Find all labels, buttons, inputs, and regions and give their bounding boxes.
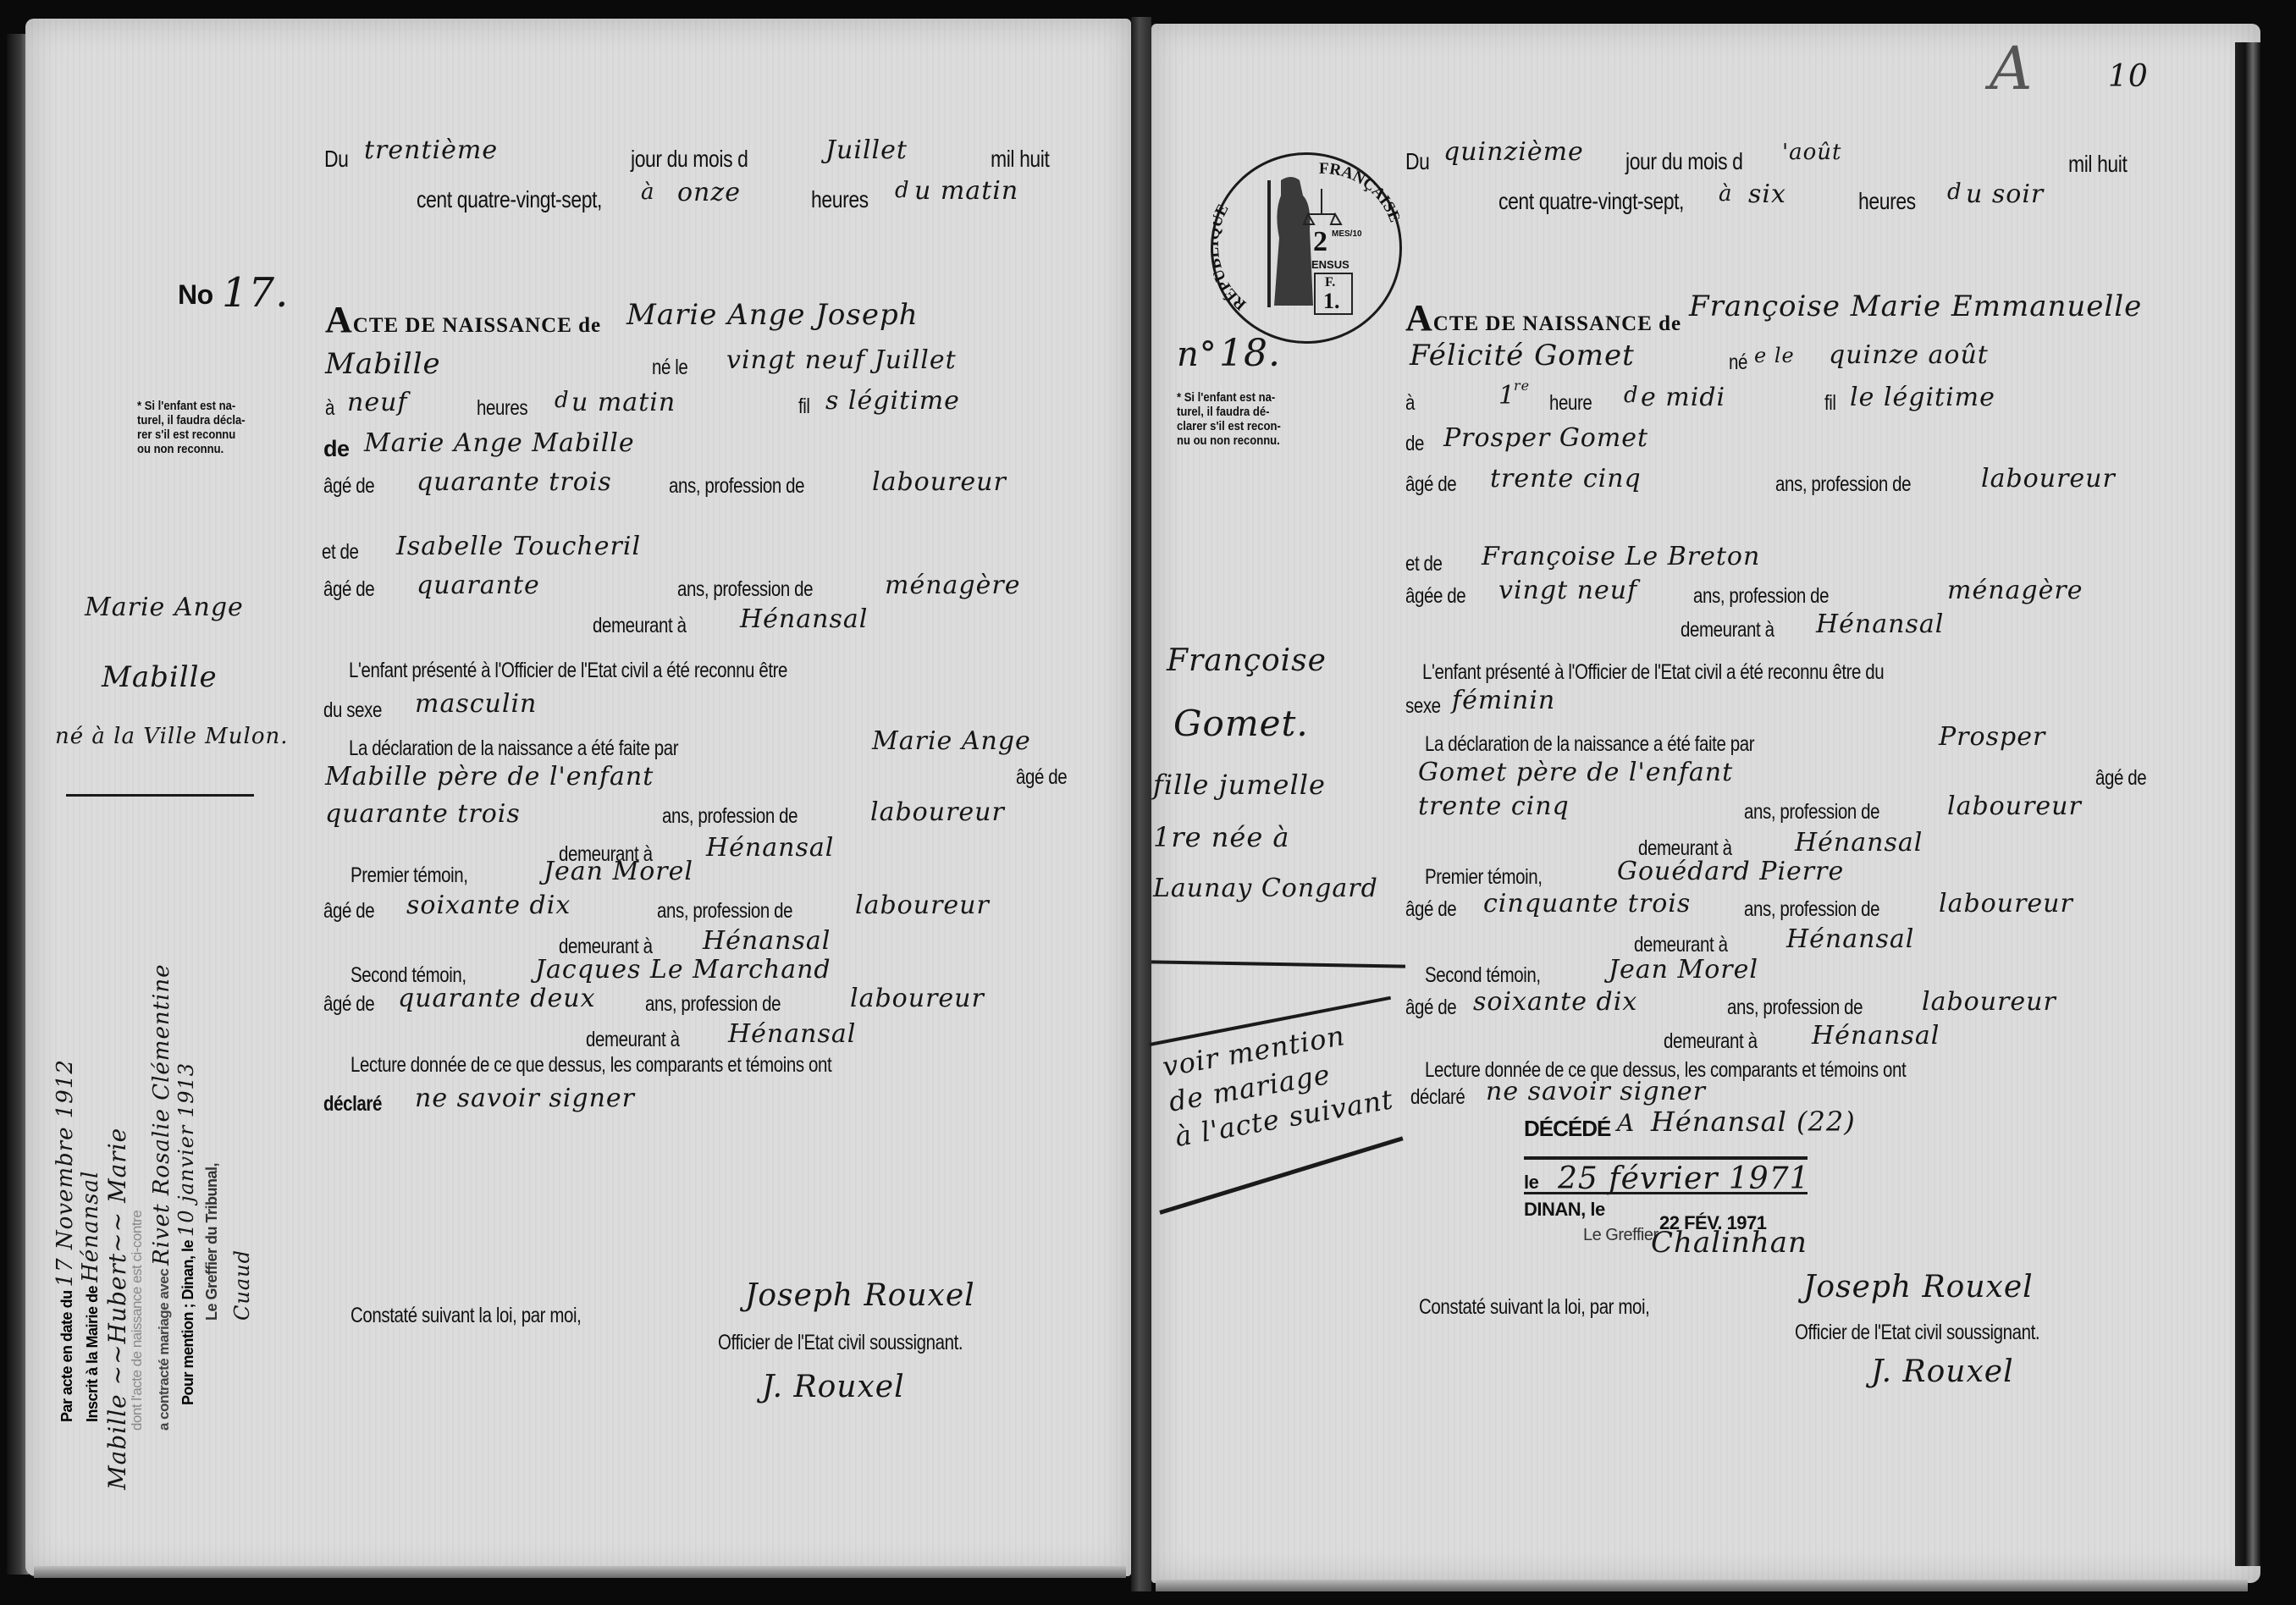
deces-label: DÉCÉDÉ bbox=[1524, 1116, 1610, 1142]
demeurant-label: demeurant à bbox=[1664, 1029, 1758, 1054]
filiation-handwritten: s légitime bbox=[825, 386, 960, 416]
birth-date-handwritten: vingt neuf Juillet bbox=[726, 345, 957, 375]
father-name-handwritten: Marie Ange Mabille bbox=[364, 428, 635, 458]
child-name-line1: Marie Ange Joseph bbox=[626, 298, 919, 332]
acte-title-rest: CTE DE NAISSANCE de bbox=[353, 314, 601, 337]
second-profession-handwritten: laboureur bbox=[1922, 987, 2056, 1017]
ne-le-label: né le bbox=[652, 356, 687, 380]
birth-hour-handwritten: neuf bbox=[347, 388, 408, 417]
book-right-edge bbox=[2235, 42, 2260, 1566]
act-number-handwritten: 17. bbox=[222, 269, 289, 317]
stamp-rule bbox=[1524, 1156, 1808, 1160]
stamp-rule bbox=[1524, 1192, 1808, 1194]
greffier-signature: Cuaud bbox=[230, 1249, 254, 1321]
officier-label: Officier de l'Etat civil soussignant. bbox=[1795, 1321, 2039, 1345]
officer-signature: Joseph Rouxel bbox=[745, 1278, 975, 1313]
premier-residence-handwritten: Hénansal bbox=[703, 926, 831, 956]
premier-residence-handwritten: Hénansal bbox=[1786, 924, 1914, 954]
header-jour-du-mois: jour du mois d bbox=[1625, 148, 1742, 175]
acte-title: ACTE DE NAISSANCE de bbox=[325, 298, 601, 341]
mother-profession-handwritten: ménagère bbox=[885, 571, 1020, 600]
sexe-handwritten: féminin bbox=[1452, 686, 1555, 715]
declarant-residence-handwritten: Hénansal bbox=[1795, 828, 1923, 858]
constate-text: Constaté suivant la loi, par moi, bbox=[1419, 1295, 1649, 1320]
declarant-name-line2: Gomet père de l'enfant bbox=[1418, 758, 1733, 787]
margin-note-line: * Si l'enfant est na- bbox=[1177, 391, 1281, 405]
father-profession-handwritten: laboureur bbox=[872, 467, 1007, 497]
header-d: d bbox=[895, 178, 910, 203]
de-label: de bbox=[323, 436, 350, 462]
initials-signature: J. Rouxel bbox=[1871, 1354, 2014, 1389]
declarant-name-line2: Mabille père de l'enfant bbox=[325, 762, 654, 791]
demeurant-label: demeurant à bbox=[1681, 618, 1774, 643]
premier-temoin-handwritten: Gouédard Pierre bbox=[1617, 857, 1844, 886]
margin-child-surname: Mabille bbox=[102, 660, 218, 694]
margin-child-surname: Gomet. bbox=[1173, 703, 1309, 744]
book-spine bbox=[1131, 17, 1151, 1591]
ans-profession-label: ans, profession de bbox=[1744, 897, 1879, 922]
declare-value-handwritten: ne savoir signer bbox=[1486, 1077, 1706, 1106]
birth-date-handwritten: quinze août bbox=[1829, 340, 1989, 370]
mother-profession-handwritten: ménagère bbox=[1947, 576, 2083, 605]
margin-note-line: turel, il faudra décla- bbox=[137, 414, 246, 428]
greffier-label: Le Greffier bbox=[1583, 1226, 1659, 1245]
ans-profession-label: ans, profession de bbox=[645, 992, 781, 1017]
du-sexe-label: sexe bbox=[1405, 694, 1441, 719]
svg-text:FRANÇAISE: FRANÇAISE bbox=[1319, 160, 1399, 225]
declare-label: déclaré bbox=[1410, 1085, 1465, 1110]
acte-title-initial: A bbox=[325, 299, 353, 340]
du-sexe-label: du sexe bbox=[323, 698, 382, 723]
header-du: Du bbox=[1405, 148, 1430, 175]
mother-age-label: âgé de bbox=[323, 577, 374, 602]
stamp-one: 1. bbox=[1323, 289, 1340, 314]
birth-hour-superscript: re bbox=[1514, 378, 1530, 394]
acte-title-initial: A bbox=[1405, 297, 1433, 339]
margin-note-line: clarer s'il est recon- bbox=[1177, 420, 1281, 434]
marriage-mention-line1: Par acte en date du 17 Novembre 1912 bbox=[52, 1059, 78, 1422]
mention-hand: Hénansal bbox=[78, 1171, 103, 1282]
child-name-line1: Françoise Marie Emmanuelle bbox=[1689, 290, 2142, 323]
premier-temoin-handwritten: Jean Morel bbox=[544, 857, 693, 886]
second-age-label: âgé de bbox=[323, 992, 374, 1017]
age-de-label: âgé de bbox=[1016, 765, 1067, 790]
margin-note-line: * Si l'enfant est na- bbox=[137, 400, 246, 414]
declarant-profession-handwritten: laboureur bbox=[1947, 791, 2082, 821]
corner-pencil-mark: A bbox=[1990, 34, 2034, 103]
d-label: d bbox=[1624, 383, 1639, 408]
header-mil-huit: mil huit bbox=[2068, 151, 2127, 178]
acte-title-rest: CTE DE NAISSANCE de bbox=[1433, 312, 1681, 335]
premier-profession-handwritten: laboureur bbox=[1939, 889, 2073, 918]
ne-suffix: e le bbox=[1754, 344, 1795, 367]
heures-label: heure bbox=[1549, 391, 1592, 416]
premier-age-label: âgé de bbox=[323, 899, 374, 924]
officer-signature: Joseph Rouxel bbox=[1803, 1270, 2034, 1304]
dinan-label: DINAN, le bbox=[1524, 1199, 1605, 1221]
second-temoin-handwritten: Jean Morel bbox=[1609, 955, 1758, 985]
declarant-age-handwritten: trente cinq bbox=[1418, 791, 1570, 821]
heures-label: heures bbox=[477, 396, 527, 421]
declarant-name-line1: Prosper bbox=[1939, 722, 2045, 752]
margin-birthplace: né à la Ville Mulon. bbox=[55, 724, 289, 749]
birth-period-handwritten: u matin bbox=[571, 388, 676, 417]
second-temoin-handwritten: Jacques Le Marchand bbox=[535, 955, 831, 985]
fil-label: fil bbox=[1824, 391, 1836, 416]
deces-le: le bbox=[1524, 1172, 1538, 1194]
mention-hand: Cuaud bbox=[230, 1249, 254, 1321]
ans-profession-label: ans, profession de bbox=[1744, 800, 1879, 825]
father-age-handwritten: quarante trois bbox=[417, 467, 612, 497]
mention-print: Par acte en date du bbox=[58, 1290, 75, 1422]
header-d: d bbox=[1947, 179, 1962, 205]
ans-profession-label: ans, profession de bbox=[662, 804, 798, 829]
marriage-mention-line3: Mabille ~~Hubert~~ Marie bbox=[103, 1128, 131, 1490]
deces-a: A bbox=[1617, 1109, 1635, 1137]
mother-age-handwritten: quarante bbox=[417, 571, 540, 600]
header-mil-huit: mil huit bbox=[991, 146, 1049, 173]
header-heures: heures bbox=[811, 186, 869, 213]
residence-handwritten: Hénansal bbox=[740, 604, 868, 634]
marriage-mention-line5: a contracté mariage avec Rivet Rosalie C… bbox=[149, 964, 174, 1431]
ans-profession-label: ans, profession de bbox=[1693, 584, 1829, 609]
father-age-handwritten: trente cinq bbox=[1490, 464, 1642, 494]
ne-label: né bbox=[1729, 350, 1747, 375]
child-name-line2: Félicité Gomet bbox=[1410, 339, 1635, 372]
margin-twin-note: fille jumelle bbox=[1153, 769, 1326, 801]
mother-name-handwritten: Françoise Le Breton bbox=[1482, 542, 1760, 571]
filiation-handwritten: le légitime bbox=[1850, 383, 1995, 412]
act-number-handwritten: 18. bbox=[1219, 332, 1281, 375]
header-a: à bbox=[1719, 181, 1733, 207]
margin-note-line: turel, il faudra dé- bbox=[1177, 405, 1281, 420]
premier-temoin-label: Premier témoin, bbox=[1425, 865, 1543, 890]
et-de-label: et de bbox=[322, 540, 359, 565]
tax-stamp-seal: RÉPUBLIQUE FRANÇAISE 2 MES/10 ENSUS F. 1… bbox=[1211, 152, 1402, 344]
header-hour-handwritten: six bbox=[1748, 179, 1786, 209]
father-age-label: âgé de bbox=[1405, 472, 1456, 497]
mother-name-handwritten: Isabelle Toucheril bbox=[396, 532, 641, 561]
marriage-mention-line2: Inscrit à la Mairie de Hénansal bbox=[78, 1171, 103, 1422]
header-period-handwritten: u matin bbox=[914, 176, 1018, 206]
marriage-mention-line4: dont l'acte de naissance est ci-contre bbox=[129, 1211, 146, 1431]
act-number-label: No bbox=[178, 279, 213, 311]
mention-hand: 17 Novembre 1912 bbox=[52, 1059, 78, 1287]
second-age-label: âgé de bbox=[1405, 996, 1456, 1020]
ans-profession-label: ans, profession de bbox=[657, 899, 792, 924]
a-label: à bbox=[1405, 391, 1415, 416]
sexe-handwritten: masculin bbox=[415, 689, 537, 719]
margin-note-natural-child: * Si l'enfant est na- turel, il faudra d… bbox=[137, 400, 246, 457]
premier-temoin-label: Premier témoin, bbox=[350, 863, 468, 888]
mention-print: a contracté mariage avec bbox=[156, 1269, 172, 1431]
mention-hand: Rivet Rosalie Clémentine bbox=[149, 964, 174, 1266]
officier-label: Officier de l'Etat civil soussignant. bbox=[718, 1331, 963, 1355]
premier-age-handwritten: cinquante trois bbox=[1483, 889, 1691, 918]
father-age-label: âgé de bbox=[323, 474, 374, 499]
stamp-value: 2 bbox=[1313, 226, 1327, 258]
second-residence-handwritten: Hénansal bbox=[1812, 1021, 1940, 1051]
header-year-text: cent quatre-vingt-sept, bbox=[417, 186, 602, 213]
ans-profession-label: ans, profession de bbox=[1727, 996, 1863, 1020]
act-number-label: n° bbox=[1177, 335, 1217, 374]
header-day-handwritten: quinzième bbox=[1443, 137, 1584, 167]
demeurant-label: demeurant à bbox=[1634, 933, 1728, 957]
header-year-text: cent quatre-vingt-sept, bbox=[1498, 188, 1684, 215]
header-heures: heures bbox=[1858, 188, 1916, 215]
mention-print: Inscrit à la Mairie de bbox=[84, 1286, 101, 1422]
declarant-name-line1: Marie Ange bbox=[872, 726, 1031, 756]
declare-value-handwritten: ne savoir signer bbox=[415, 1084, 635, 1113]
mention-print: Le Greffier du Tribunal, bbox=[203, 1163, 220, 1321]
margin-note-line: nu ou non reconnu. bbox=[1177, 434, 1281, 449]
declaration-label: La déclaration de la naissance a été fai… bbox=[1425, 732, 1754, 757]
header-du: Du bbox=[324, 146, 349, 173]
a-label: à bbox=[325, 396, 334, 421]
svg-text:RÉPUBLIQUE: RÉPUBLIQUE bbox=[1213, 201, 1250, 313]
mention-hand: Mabille ~~Hubert~~ Marie bbox=[103, 1128, 131, 1490]
margin-note-line: rer s'il est reconnu bbox=[137, 428, 246, 443]
stamp-fraction: MES/10 bbox=[1332, 229, 1362, 239]
header-month-handwritten: 'août bbox=[1782, 140, 1842, 165]
residence-handwritten: Hénansal bbox=[1816, 609, 1944, 639]
mention-print: Pour mention ; Dinan, le bbox=[179, 1240, 196, 1405]
lecture-text: Lecture donnée de ce que dessus, les com… bbox=[350, 1053, 831, 1078]
greffier-signature: Chalinhan bbox=[1651, 1226, 1808, 1260]
premier-profession-handwritten: laboureur bbox=[855, 891, 990, 920]
child-name-line2: Mabille bbox=[325, 347, 441, 381]
initials-signature: J. Rouxel bbox=[762, 1370, 905, 1404]
register-scan: Du trentième jour du mois d Juillet mil … bbox=[0, 0, 2296, 1605]
stamp-label: ENSUS bbox=[1311, 258, 1349, 271]
margin-note-natural-child: * Si l'enfant est na- turel, il faudra d… bbox=[1177, 391, 1281, 449]
margin-child-first-name: Françoise bbox=[1167, 643, 1327, 678]
corner-folio-number: 10 bbox=[2108, 59, 2149, 94]
declaration-label: La déclaration de la naissance a été fai… bbox=[349, 736, 678, 761]
mother-age-label: âgée de bbox=[1405, 584, 1465, 609]
declarant-residence-handwritten: Hénansal bbox=[706, 833, 834, 863]
father-profession-handwritten: laboureur bbox=[1981, 464, 2116, 494]
second-residence-handwritten: Hénansal bbox=[728, 1019, 856, 1049]
second-profession-handwritten: laboureur bbox=[850, 984, 985, 1013]
enfant-presente-text: L'enfant présenté à l'Officier de l'Etat… bbox=[1422, 660, 1884, 685]
father-name-handwritten: Prosper Gomet bbox=[1443, 423, 1648, 453]
et-de-label: et de bbox=[1405, 552, 1443, 576]
marriage-mention-line6: Pour mention ; Dinan, le 10 janvier 1913 bbox=[174, 1062, 198, 1405]
right-page-bottom-edge bbox=[1156, 1580, 2248, 1591]
mention-print: dont l'acte de naissance est ci-contre bbox=[129, 1211, 145, 1431]
margin-note-line: ou non reconnu. bbox=[137, 443, 246, 457]
header-jour-du-mois: jour du mois d bbox=[631, 146, 748, 173]
ans-profession-label: ans, profession de bbox=[677, 577, 813, 602]
mother-age-handwritten: vingt neuf bbox=[1498, 576, 1637, 605]
declarant-age-handwritten: quarante trois bbox=[325, 799, 521, 829]
second-temoin-label: Second témoin, bbox=[1425, 963, 1541, 988]
margin-birthplace: Launay Congard bbox=[1153, 874, 1378, 903]
de-label: de bbox=[1405, 432, 1424, 456]
left-page-bottom-edge bbox=[34, 1566, 1126, 1578]
fil-label: fil bbox=[798, 394, 810, 419]
header-period-handwritten: u soir bbox=[1966, 179, 2044, 209]
deces-date: 25 février 1971 bbox=[1558, 1161, 1810, 1196]
deces-place: Hénansal (22) bbox=[1651, 1106, 1856, 1138]
mention-hand: 10 janvier 1913 bbox=[174, 1062, 198, 1237]
demeurant-label: demeurant à bbox=[593, 614, 687, 638]
enfant-presente-text: L'enfant présenté à l'Officier de l'Etat… bbox=[349, 659, 787, 683]
marianne-figure-icon: RÉPUBLIQUE FRANÇAISE bbox=[1213, 155, 1399, 341]
header-a: à bbox=[641, 179, 655, 205]
ans-profession-label: ans, profession de bbox=[669, 474, 804, 499]
constate-text: Constaté suivant la loi, par moi, bbox=[350, 1304, 581, 1328]
margin-divider bbox=[66, 794, 254, 797]
header-day-handwritten: trentième bbox=[364, 135, 498, 165]
second-age-handwritten: soixante dix bbox=[1473, 987, 1637, 1017]
acte-title: ACTE DE NAISSANCE de bbox=[1405, 296, 1681, 339]
margin-first-born-note: 1re née à bbox=[1153, 821, 1290, 853]
demeurant-label: demeurant à bbox=[586, 1028, 680, 1052]
header-hour-handwritten: onze bbox=[677, 178, 741, 207]
header-month-handwritten: Juillet bbox=[825, 135, 908, 165]
birth-period-handwritten: e midi bbox=[1641, 383, 1725, 412]
premier-age-handwritten: soixante dix bbox=[406, 891, 571, 920]
declare-label: déclaré bbox=[323, 1092, 382, 1117]
d-label: d bbox=[555, 388, 570, 413]
age-de-label: âgé de bbox=[2095, 766, 2146, 791]
margin-child-first-names: Marie Ange bbox=[85, 593, 244, 622]
marriage-mention-line7: Le Greffier du Tribunal, bbox=[203, 1163, 221, 1321]
premier-age-label: âgé de bbox=[1405, 897, 1456, 922]
declarant-profession-handwritten: laboureur bbox=[870, 797, 1005, 827]
ans-profession-label: ans, profession de bbox=[1775, 472, 1911, 497]
second-age-handwritten: quarante deux bbox=[398, 984, 596, 1013]
